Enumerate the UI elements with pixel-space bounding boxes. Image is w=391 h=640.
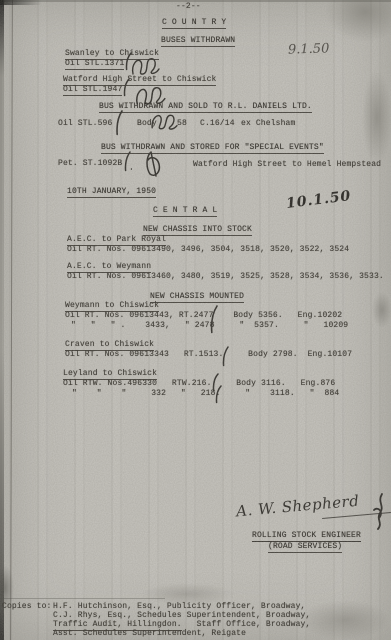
pen-scribble-icon	[142, 150, 168, 178]
vertical-fold-line	[10, 0, 13, 640]
stored-vehicle: Pet. ST.1092B	[58, 159, 122, 169]
signatory-title: ROLLING STOCK ENGINEER	[252, 531, 361, 542]
tick-mark-icon	[206, 305, 219, 334]
mounted-heading: NEW CHASSIS MOUNTED	[150, 292, 244, 303]
sold-heading: BUS WITHDRAWN AND SOLD TO R.L. DANIELS L…	[99, 102, 312, 113]
sold-ex-garage: ex Chelsham	[241, 119, 295, 129]
crease-line	[0, 598, 165, 599]
stain-blob	[300, 600, 390, 640]
sold-chassis-code: C.16/14	[200, 119, 235, 129]
withdrawn-entry-vehicle: Oil STL.1947	[63, 85, 122, 96]
group-line1: Oil RTW. Nos.496330 RTW.216. Body 3116. …	[63, 379, 335, 389]
copies-line-rest: Staff Office, Broadway,	[182, 620, 311, 629]
copies-label: Copies to:	[2, 602, 52, 612]
handwritten-date-top: 9.1.50	[288, 41, 330, 57]
tick-mark-icon	[121, 151, 132, 172]
stored-route: Watford High Street to Hemel Hempstead	[193, 160, 381, 170]
copies-line: Asst. Schedules Superintendent, Reigate	[53, 629, 246, 639]
pen-flourish-icon	[368, 492, 390, 532]
withdrawn-entry-vehicle: Oil STL.1371	[65, 59, 124, 70]
left-edge-shadow	[0, 0, 4, 640]
tick-mark-icon	[212, 385, 223, 404]
stain-blob	[362, 70, 391, 165]
tick-mark-icon	[112, 110, 124, 136]
buses-withdrawn-heading: BUSES WITHDRAWN	[161, 36, 235, 47]
group-line1: Oil RT. Nos. 09613443, RT.2477 Body 5356…	[65, 311, 342, 321]
country-heading: C O U N T R Y	[162, 18, 226, 29]
group-line: Oil RT. Nos. 09613490, 3496, 3504, 3518,…	[67, 245, 349, 255]
central-heading: C E N T R A L	[153, 206, 217, 217]
top-left-corner-shadow	[0, 0, 42, 5]
group-line: Oil RT. Nos. 09613460, 3480, 3519, 3525,…	[67, 272, 384, 282]
scanned-document-page: --2-- C O U N T R Y BUSES WITHDRAWN Swan…	[0, 0, 391, 640]
signatory-subtitle: (ROAD SERVICES)	[268, 542, 342, 553]
group-line2: " " " 332 " 218. " 3118. " 884	[72, 389, 339, 399]
tick-mark-icon	[120, 78, 131, 97]
stain-blob	[372, 292, 391, 328]
stored-heading: BUS WITHDRAWN AND STORED FOR "SPECIAL EV…	[101, 143, 324, 154]
date-heading: 10TH JANUARY, 1950	[67, 187, 156, 198]
page-number: --2--	[176, 2, 201, 12]
pen-scribble-icon	[149, 109, 181, 135]
group-line1: Oil RT. Nos. 09613343 RT.1513. Body 2798…	[65, 350, 352, 360]
pen-scribble-icon	[130, 55, 162, 79]
stain-blob	[325, 0, 391, 42]
sold-vehicle: Oil STL.596	[58, 119, 112, 129]
handwritten-date-mid: 10.1.50	[285, 188, 352, 212]
pen-scribble-icon	[134, 83, 168, 110]
tick-mark-icon	[219, 346, 230, 367]
